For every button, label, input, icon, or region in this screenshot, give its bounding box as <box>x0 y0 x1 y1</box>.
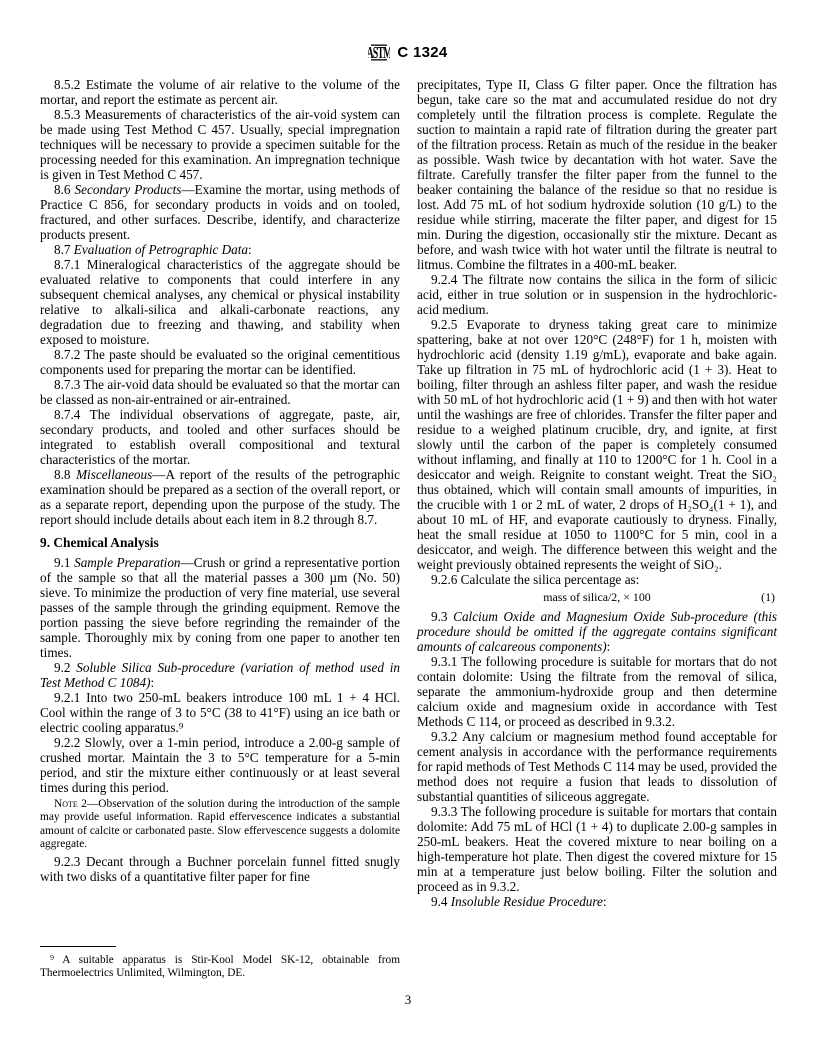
para-9-2-3-continued: precipitates, Type II, Class G filter pa… <box>417 77 777 272</box>
section-number: 9.3.1 <box>431 654 457 669</box>
para-9-2-4: 9.2.4 The filtrate now contains the sili… <box>417 272 777 317</box>
para-9-3: 9.3 Calcium Oxide and Magnesium Oxide Su… <box>417 609 777 654</box>
section-number: 9.2.4 <box>431 272 457 287</box>
paragraph-body: : <box>151 675 155 690</box>
para-8-7-4: 8.7.4 The individual observations of agg… <box>40 407 400 467</box>
section-heading-9: 9. Chemical Analysis <box>40 535 400 550</box>
paragraph-body: The paste should be evaluated so the ori… <box>40 347 400 377</box>
equation-1: mass of silica/2, × 100(1) <box>417 590 777 605</box>
paragraph-body: Into two 250-mL beakers introduce 100 mL… <box>40 690 400 735</box>
section-number: 9.2.2 <box>54 735 80 750</box>
para-8-5-3: 8.5.3 Measurements of characteristics of… <box>40 107 400 182</box>
document-page: ASTM C 1324 8.5.2 Estimate the volume of… <box>0 0 816 1056</box>
paragraph-body: The filtrate now contains the silica in … <box>417 272 777 317</box>
paragraph-body: Calculate the silica percentage as: <box>461 572 640 587</box>
section-number: 8.7.3 <box>54 377 80 392</box>
paragraph-body: Measurements of characteristics of the a… <box>40 107 400 182</box>
paragraph-body: —Crush or grind a representative portion… <box>40 555 400 660</box>
note-body: —Observation of the solution during the … <box>40 798 400 850</box>
paragraph-body: Estimate the volume of air relative to t… <box>40 77 400 107</box>
left-column: 8.5.2 Estimate the volume of air relativ… <box>40 77 400 884</box>
para-9-2: 9.2 Soluble Silica Sub-procedure (variat… <box>40 660 400 690</box>
equation-number: (1) <box>761 590 775 605</box>
footnote-text: ⁹ A suitable apparatus is Stir-Kool Mode… <box>40 954 400 981</box>
equation-expression: mass of silica/2, × 100 <box>417 590 777 605</box>
paragraph-lead: Soluble Silica Sub-procedure (variation … <box>40 660 400 690</box>
section-number: 9.2.5 <box>431 317 457 332</box>
paragraph-body: precipitates, Type II, Class G filter pa… <box>417 77 777 272</box>
doc-code: C 1324 <box>397 44 447 61</box>
section-number: 8.5.2 <box>54 77 80 92</box>
para-8-7-1: 8.7.1 Mineralogical characteristics of t… <box>40 257 400 347</box>
para-8-6: 8.6 Secondary Products—Examine the morta… <box>40 182 400 242</box>
para-9-2-6: 9.2.6 Calculate the silica percentage as… <box>417 572 777 587</box>
paragraph-lead: Insoluble Residue Procedure <box>451 894 603 909</box>
paragraph-lead: Calcium Oxide and Magnesium Oxide Sub-pr… <box>417 609 777 654</box>
para-9-1: 9.1 Sample Preparation—Crush or grind a … <box>40 555 400 660</box>
paragraph-body: The air-void data should be evaluated so… <box>40 377 400 407</box>
paragraph-body: Mineralogical characteristics of the agg… <box>40 257 400 347</box>
section-number: 8.7.2 <box>54 347 80 362</box>
paragraph-lead: Evaluation of Petrographic Data <box>74 242 248 257</box>
footnote: ⁹ A suitable apparatus is Stir-Kool Mode… <box>40 946 400 981</box>
svg-text:ASTM: ASTM <box>368 45 390 61</box>
para-9-3-1: 9.3.1 The following procedure is suitabl… <box>417 654 777 729</box>
section-number: 8.6 <box>54 182 70 197</box>
para-9-3-3: 9.3.3 The following procedure is suitabl… <box>417 804 777 894</box>
paragraph-body: : <box>607 639 611 654</box>
section-number: 9.2 <box>54 660 70 675</box>
paragraph-lead: Miscellaneous <box>76 467 152 482</box>
para-8-7: 8.7 Evaluation of Petrographic Data: <box>40 242 400 257</box>
footnote-rule <box>40 946 116 947</box>
paragraph-body: : <box>603 894 607 909</box>
paragraph-lead: Secondary Products <box>75 182 182 197</box>
section-number: 9.4 <box>431 894 447 909</box>
section-number: 9.1 <box>54 555 70 570</box>
para-8-8: 8.8 Miscellaneous—A report of the result… <box>40 467 400 527</box>
paragraph-lead: Sample Preparation <box>74 555 180 570</box>
section-number: 9.3.2 <box>431 729 457 744</box>
para-9-2-1: 9.2.1 Into two 250-mL beakers introduce … <box>40 690 400 735</box>
para-8-7-3: 8.7.3 The air-void data should be evalua… <box>40 377 400 407</box>
paragraph-body: Any calcium or magnesium method found ac… <box>417 729 777 804</box>
section-number: 9.2.6 <box>431 572 457 587</box>
paragraph-body: Decant through a Buchner porcelain funne… <box>40 854 400 884</box>
note-label: Note 2 <box>54 798 87 810</box>
right-column: precipitates, Type II, Class G filter pa… <box>417 77 777 909</box>
page-number: 3 <box>0 992 816 1008</box>
section-number: 8.5.3 <box>54 107 80 122</box>
para-8-5-2: 8.5.2 Estimate the volume of air relativ… <box>40 77 400 107</box>
para-9-3-2: 9.3.2 Any calcium or magnesium method fo… <box>417 729 777 804</box>
section-number: 9.2.1 <box>54 690 80 705</box>
para-9-2-5: 9.2.5 Evaporate to dryness taking great … <box>417 317 777 572</box>
section-number: 8.7.4 <box>54 407 80 422</box>
para-9-4: 9.4 Insoluble Residue Procedure: <box>417 894 777 909</box>
para-9-2-3: 9.2.3 Decant through a Buchner porcelain… <box>40 854 400 884</box>
page-header: ASTM C 1324 <box>0 44 816 61</box>
astm-logo-icon: ASTM <box>368 44 390 61</box>
section-number: 8.8 <box>54 467 70 482</box>
paragraph-body: Slowly, over a 1-min period, introduce a… <box>40 735 400 795</box>
section-number: 9.3 <box>431 609 447 624</box>
paragraph-body: The following procedure is suitable for … <box>417 804 777 894</box>
para-9-2-2: 9.2.2 Slowly, over a 1-min period, intro… <box>40 735 400 795</box>
section-number: 8.7.1 <box>54 257 80 272</box>
section-number: 9.3.3 <box>431 804 457 819</box>
paragraph-body: The individual observations of aggregate… <box>40 407 400 467</box>
section-number: 8.7 <box>54 242 70 257</box>
note-2: Note 2—Observation of the solution durin… <box>40 798 400 851</box>
paragraph-body: Evaporate to dryness taking great care t… <box>417 317 777 572</box>
paragraph-body: The following procedure is suitable for … <box>417 654 777 729</box>
section-number: 9.2.3 <box>54 854 80 869</box>
para-8-7-2: 8.7.2 The paste should be evaluated so t… <box>40 347 400 377</box>
paragraph-body: : <box>248 242 252 257</box>
